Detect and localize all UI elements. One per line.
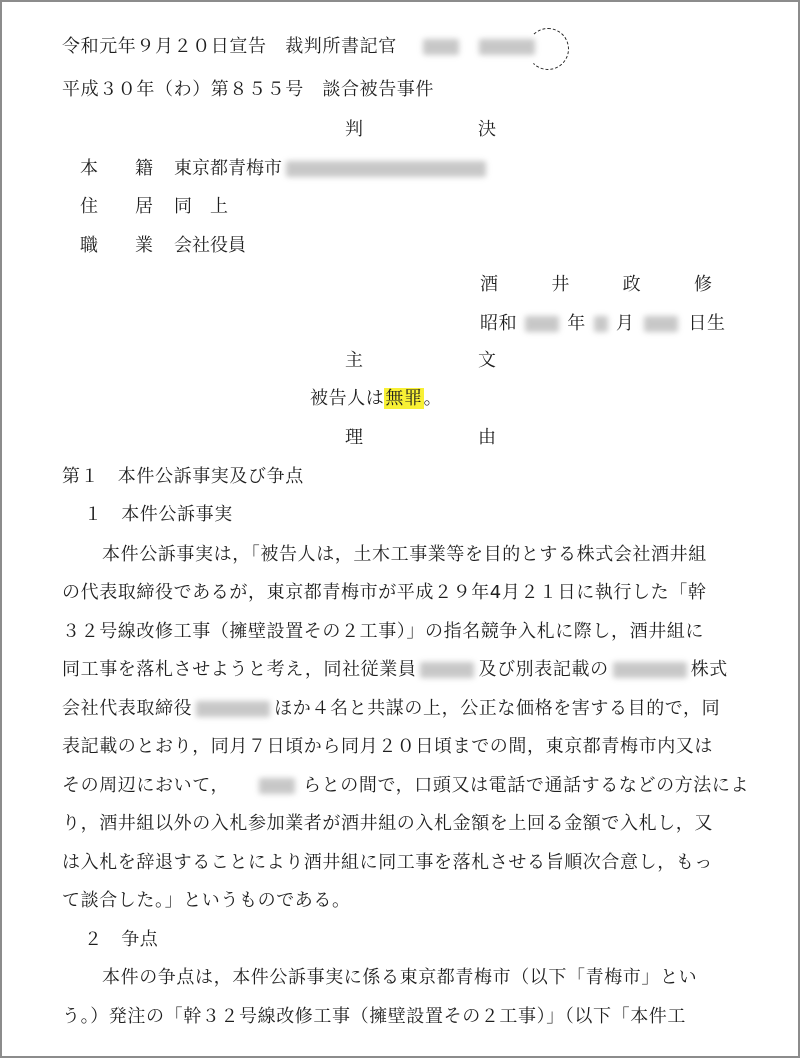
judgment-title-right: 決 xyxy=(478,119,496,141)
reason-heading-left: 理 xyxy=(345,427,363,449)
redacted-birth-month xyxy=(594,316,608,332)
redacted-clerk-surname xyxy=(423,39,459,55)
main-text-heading-right: 文 xyxy=(478,350,496,372)
name-char: 修 xyxy=(694,274,712,296)
text-fragment: 及び別表記載の xyxy=(478,659,608,680)
day-suffix: 日生 xyxy=(688,313,725,334)
verdict-not-guilty-highlight: 無罪 xyxy=(384,388,423,409)
body-line-3: ３２号線改修工事（擁壁設置その２工事）」の指名競争入札に際し，酒井組に xyxy=(62,621,704,643)
label-char: 業 xyxy=(135,235,153,257)
birth-date: 昭和年月日生 xyxy=(480,313,726,335)
body-line-4: 同工事を落札させようと考え，同社従業員及び別表記載の株式 xyxy=(62,659,728,681)
defendant-name: 酒 井 政 修 xyxy=(480,274,712,296)
header-line-1: 令和元年９月２０日宣告 裁判所書記官 xyxy=(62,36,535,58)
redacted-employee-name xyxy=(420,662,474,678)
subsection-1-heading: １ 本件公訴事実 xyxy=(84,504,233,526)
body-line-1: 本件公訴事実は，「被告人は，土木工事業等を目的とする株式会社酒井組 xyxy=(102,544,707,566)
body-line-8: り，酒井組以外の入札参加業者が酒井組の入札金額を上回る金額で入札し，又 xyxy=(62,813,713,835)
declaration-date-clerk: 令和元年９月２０日宣告 裁判所書記官 xyxy=(62,36,397,57)
name-char: 酒 xyxy=(480,274,498,296)
judgment-title-left: 判 xyxy=(345,119,363,141)
body-line-6: 表記載のとおり，同月７日頃から同月２０日頃までの間，東京都青梅市内又は xyxy=(62,736,713,758)
redacted-birth-day xyxy=(644,316,678,332)
occupation-value: 会社役員 xyxy=(174,235,246,257)
main-text-heading-left: 主 xyxy=(345,350,363,372)
body-line-7: その周辺において，らとの間で，口頭又は電話で通話するなどの方法によ xyxy=(62,775,749,797)
subsection-2-heading: ２ 争点 xyxy=(84,929,158,951)
redacted-company-name xyxy=(613,662,687,678)
text-fragment: その周辺において， xyxy=(62,775,229,796)
verdict-line: 被告人は無罪。 xyxy=(310,388,442,410)
label-char: 職 xyxy=(80,235,98,257)
text-fragment: 株式 xyxy=(691,659,728,680)
body-line-5: 会社代表取締役ほか４名と共謀の上，公正な価格を害する目的で，同 xyxy=(62,698,720,720)
month-unit: 月 xyxy=(616,313,635,334)
residence-value: 同 上 xyxy=(174,196,228,218)
text-fragment: 会社代表取締役 xyxy=(62,698,192,719)
label-char: 本 xyxy=(80,158,98,180)
body-line-10: て談合した。」というものである。 xyxy=(62,890,351,912)
body-line-2: の代表取締役であるが，東京都青梅市が平成２９年4月２１日に執行した「幹 xyxy=(62,582,706,604)
domicile-city: 東京都青梅市 xyxy=(174,158,282,179)
label-char: 籍 xyxy=(135,158,153,180)
redacted-address xyxy=(286,161,486,177)
redacted-representative-name xyxy=(196,701,270,717)
reason-heading-right: 由 xyxy=(478,427,496,449)
redacted-birth-year xyxy=(525,316,559,332)
verdict-period: 。 xyxy=(424,388,443,409)
label-char: 居 xyxy=(135,196,153,218)
domicile-value: 東京都青梅市 xyxy=(174,158,486,180)
text-fragment: ほか４名と共謀の上，公正な価格を害する目的で，同 xyxy=(274,698,720,719)
redacted-party-name xyxy=(259,778,295,794)
year-unit: 年 xyxy=(567,313,586,334)
section-1-heading: 第１ 本件公訴事実及び争点 xyxy=(62,466,304,488)
name-char: 井 xyxy=(551,274,569,296)
case-number-line: 平成３０年（わ）第８５５号 談合被告事件 xyxy=(62,79,434,101)
clerk-seal-stamp xyxy=(527,28,569,70)
text-fragment: らとの間で，口頭又は電話で通話するなどの方法によ xyxy=(303,775,749,796)
label-char: 住 xyxy=(80,196,98,218)
text-fragment: 同工事を落札させようと考え，同社従業員 xyxy=(62,659,416,680)
issue-line-2: う。）発注の「幹３２号線改修工事（擁壁設置その２工事）」（以下「本件工 xyxy=(62,1006,686,1028)
document-page: 令和元年９月２０日宣告 裁判所書記官 平成３０年（わ）第８５５号 談合被告事件 … xyxy=(0,0,800,1058)
verdict-prefix: 被告人は xyxy=(310,388,384,409)
issue-line-1: 本件の争点は，本件公訴事実に係る東京都青梅市（以下「青梅市」とい xyxy=(102,967,697,989)
name-char: 政 xyxy=(623,274,641,296)
era-label: 昭和 xyxy=(480,313,517,334)
body-line-9: は入札を辞退することにより酒井組に同工事を落札させる旨順次合意し，もっ xyxy=(62,852,713,874)
